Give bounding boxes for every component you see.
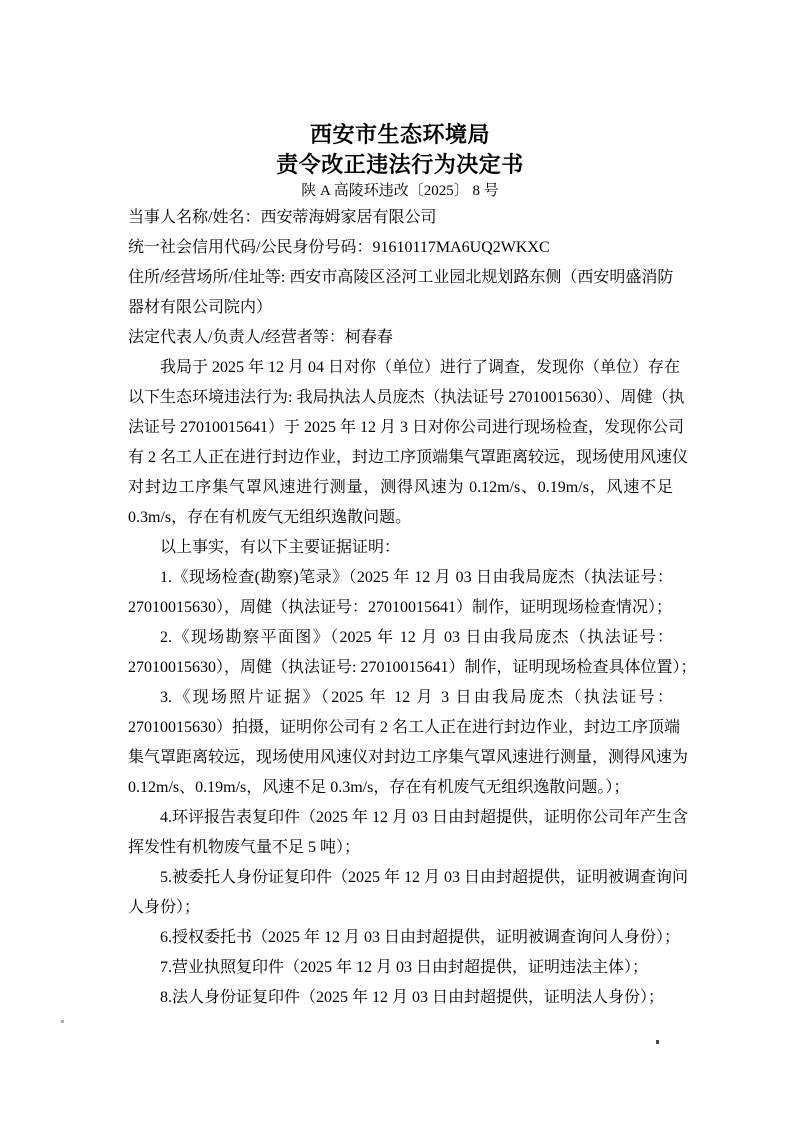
line-evidence-4a: 4.环评报告表复印件（2025 年 12 月 03 日由封超提供，证明你公司年产… [128, 803, 673, 833]
document-body: 当事人名称/姓名：西安蒂海姆家居有限公司 统一社会信用代码/公民身份号码：916… [128, 203, 673, 1013]
document-number: 陕 A 高陵环违改〔2025〕 8 号 [0, 180, 800, 203]
line-legal-rep: 法定代表人/负责人/经营者等：柯春春 [128, 323, 673, 353]
line-address-1: 住所/经营场所/住址等: 西安市高陵区泾河工业园北规划路东侧（西安明盛消防 [128, 263, 673, 293]
line-evidence-5a: 5.被委托人身份证复印件（2025 年 12 月 03 日由封超提供，证明被调查… [128, 863, 673, 893]
line-evidence-3c: 集气罩距离较远，现场使用风速仪对封边工序集气罩风速进行测量，测得风速为 [128, 743, 673, 773]
line-facts-4: 有 2 名工人正在进行封边作业，封边工序顶端集气罩距离较远，现场使用风速仪 [128, 443, 673, 473]
line-facts-5: 对封边工序集气罩风速进行测量，测得风速为 0.12m/s、0.19m/s，风速不… [128, 473, 673, 503]
line-evidence-2b: 27010015630），周健（执法证号: 27010015641）制作，证明现… [128, 653, 673, 683]
line-evidence-3a: 3.《现场照片证据》（2025 年 12 月 3 日由我局庞杰（执法证号： [128, 683, 673, 713]
line-facts-6: 0.3m/s，存在有机废气无组织逸散问题。 [128, 503, 673, 533]
line-evidence-intro: 以上事实，有以下主要证据证明： [128, 533, 673, 563]
line-address-2: 器材有限公司院内） [128, 293, 673, 323]
line-evidence-3d: 0.12m/s、0.19m/s，风速不足 0.3m/s，存在有机废气无组织逸散问… [128, 773, 673, 803]
line-evidence-4b: 挥发性有机物废气量不足 5 吨）； [128, 833, 673, 863]
line-evidence-7: 7.营业执照复印件（2025 年 12 月 03 日由封超提供，证明违法主体）； [128, 953, 673, 983]
document-page: 西安市生态环境局 责令改正违法行为决定书 陕 A 高陵环违改〔2025〕 8 号… [0, 0, 800, 1139]
document-title: 责令改正违法行为决定书 [0, 150, 800, 180]
line-evidence-5b: 人身份）； [128, 893, 673, 923]
line-evidence-1a: 1.《现场检查(勘察)笔录》（2025 年 12 月 03 日由我局庞杰（执法证… [128, 563, 673, 593]
line-evidence-3b: 27010015630）拍摄，证明你公司有 2 名工人正在进行封边作业，封边工序… [128, 713, 673, 743]
line-party-name: 当事人名称/姓名：西安蒂海姆家居有限公司 [128, 203, 673, 233]
scan-speck [656, 1040, 659, 1044]
document-header: 西安市生态环境局 责令改正违法行为决定书 陕 A 高陵环违改〔2025〕 8 号 [0, 120, 800, 203]
line-facts-3: 法证号 27010015641）于 2025 年 12 月 3 日对你公司进行现… [128, 413, 673, 443]
line-evidence-6: 6.授权委托书（2025 年 12 月 03 日由封超提供，证明被调查询问人身份… [128, 923, 673, 953]
line-evidence-1b: 27010015630），周健（执法证号：27010015641）制作，证明现场… [128, 593, 673, 623]
line-evidence-2a: 2.《现场勘察平面图》（2025 年 12 月 03 日由我局庞杰（执法证号： [128, 623, 673, 653]
agency-title: 西安市生态环境局 [0, 120, 800, 150]
line-facts-1: 我局于 2025 年 12 月 04 日对你（单位）进行了调查，发现你（单位）存… [128, 353, 673, 383]
scan-speck [61, 1020, 64, 1023]
line-credit-code: 统一社会信用代码/公民身份号码：91610117MA6UQ2WKXC [128, 233, 673, 263]
line-facts-2: 以下生态环境违法行为: 我局执法人员庞杰（执法证号 27010015630）、周… [128, 383, 673, 413]
line-evidence-8: 8.法人身份证复印件（2025 年 12 月 03 日由封超提供，证明法人身份）… [128, 983, 673, 1013]
